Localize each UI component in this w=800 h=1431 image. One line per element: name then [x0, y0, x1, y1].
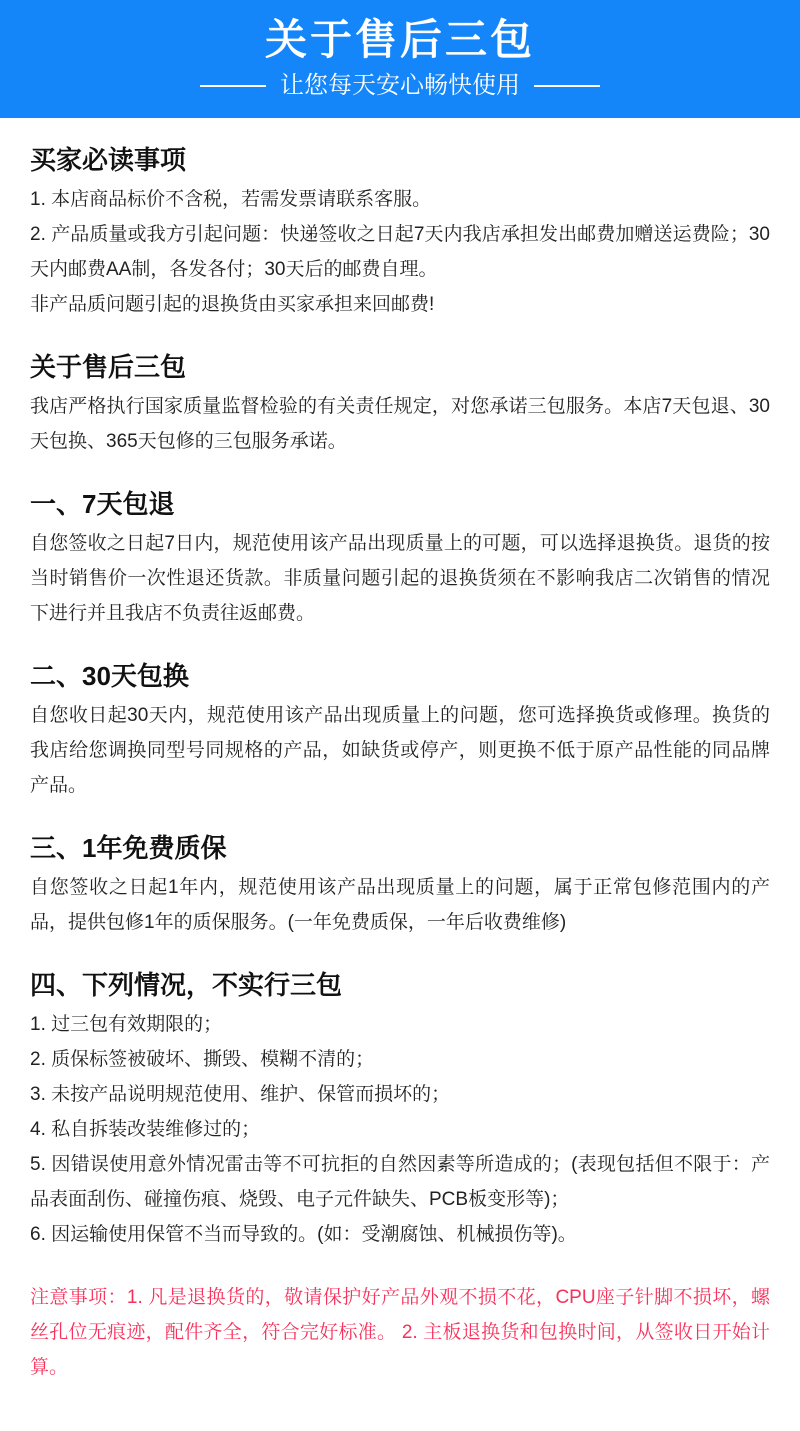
section-line: 1. 过三包有效期限的；	[30, 1007, 770, 1042]
section-line: 3. 未按产品说明规范使用、维护、保管而损坏的；	[30, 1077, 770, 1112]
section-line: 非产品质问题引起的退换货由买家承担来回邮费!	[30, 287, 770, 322]
section-buyer-must-read: 买家必读事项 1. 本店商品标价不含税，若需发票请联系客服。 2. 产品质量或我…	[30, 145, 770, 322]
section-7day-return: 一、7天包退 自您签收之日起7日内，规范使用该产品出现质量上的可题，可以选择退换…	[30, 489, 770, 631]
banner-subtitle: 让您每天安心畅快使用	[280, 72, 520, 100]
section-line: 1. 本店商品标价不含税，若需发票请联系客服。	[30, 182, 770, 217]
banner: 关于售后三包 让您每天安心畅快使用	[0, 0, 800, 118]
section-line: 自您收日起30天内，规范使用该产品出现质量上的问题，您可选择换货或修理。换货的我…	[30, 698, 770, 803]
subtitle-left-dash-line	[200, 85, 266, 87]
section-line: 2. 质保标签被破坏、撕毁、模糊不清的；	[30, 1042, 770, 1077]
section-heading: 三、1年免费质保	[30, 833, 770, 863]
section-1year-warranty: 三、1年免费质保 自您签收之日起1年内，规范使用该产品出现质量上的问题，属于正常…	[30, 833, 770, 940]
section-exclusions: 四、下列情况，不实行三包 1. 过三包有效期限的； 2. 质保标签被破坏、撕毁、…	[30, 970, 770, 1252]
banner-subtitle-row: 让您每天安心畅快使用	[0, 72, 800, 100]
section-heading: 四、下列情况，不实行三包	[30, 970, 770, 1000]
content: 买家必读事项 1. 本店商品标价不含税，若需发票请联系客服。 2. 产品质量或我…	[0, 145, 800, 1431]
section-line: 6. 因运输使用保管不当而导致的。(如：受潮腐蚀、机械损伤等)。	[30, 1217, 770, 1252]
section-30day-exchange: 二、30天包换 自您收日起30天内，规范使用该产品出现质量上的问题，您可选择换货…	[30, 661, 770, 803]
subtitle-right-dash-line	[534, 85, 600, 87]
aftersales-policy-page: 关于售后三包 让您每天安心畅快使用 买家必读事项 1. 本店商品标价不含税，若需…	[0, 0, 800, 1431]
section-line: 我店严格执行国家质量监督检验的有关责任规定，对您承诺三包服务。本店7天包退、30…	[30, 389, 770, 459]
section-line: 5. 因错误使用意外情况雷击等不可抗拒的自然因素等所造成的；(表现包括但不限于：…	[30, 1147, 770, 1217]
banner-title: 关于售后三包	[0, 17, 800, 63]
section-heading: 买家必读事项	[30, 145, 770, 175]
section-line: 自您签收之日起1年内，规范使用该产品出现质量上的问题，属于正常包修范围内的产品，…	[30, 870, 770, 940]
section-heading: 二、30天包换	[30, 661, 770, 691]
section-about-three-guarantees: 关于售后三包 我店严格执行国家质量监督检验的有关责任规定，对您承诺三包服务。本店…	[30, 352, 770, 459]
notice-text: 注意事项：1. 凡是退换货的，敬请保护好产品外观不损不花，CPU座子针脚不损坏，…	[30, 1280, 770, 1385]
section-line: 2. 产品质量或我方引起问题：快递签收之日起7天内我店承担发出邮费加赠送运费险；…	[30, 217, 770, 287]
section-line: 4. 私自拆装改装维修过的；	[30, 1112, 770, 1147]
section-line: 自您签收之日起7日内，规范使用该产品出现质量上的可题，可以选择退换货。退货的按当…	[30, 526, 770, 631]
section-heading: 一、7天包退	[30, 489, 770, 519]
section-heading: 关于售后三包	[30, 352, 770, 382]
